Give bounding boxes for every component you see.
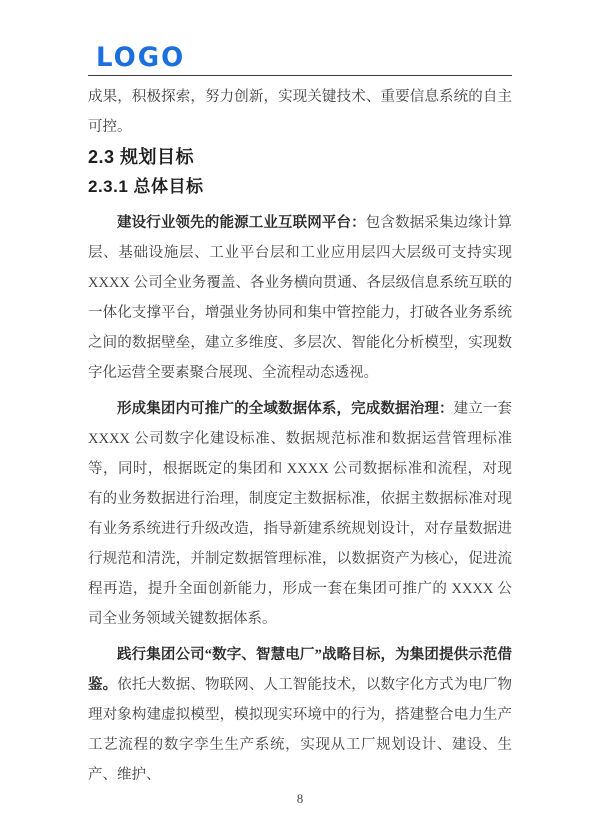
paragraph-text: 建立一套 XXXX 公司数字化建设标准、数据规范标准和数据运营管理标准等，同时，…	[88, 401, 512, 627]
document-page: LOGO 成果，积极探索，努力创新，实现关键技术、重要信息系统的自主可控。 2.…	[0, 0, 600, 829]
paragraph-continuation: 成果，积极探索，努力创新，实现关键技术、重要信息系统的自主可控。	[88, 82, 512, 142]
paragraph-text: 依托大数据、物联网、人工智能技术，以数字化方式为电厂物理对象构建虚拟模型，模拟现…	[88, 677, 512, 783]
page-number: 8	[0, 791, 600, 807]
paragraph-text: 包含数据采集边缘计算层、基础设施层、工业平台层和工业应用层四大层级可支持实现 X…	[88, 215, 512, 381]
heading-2-3-1: 2.3.1 总体目标	[88, 172, 512, 202]
paragraph-smart-plant: 践行集团公司“数字、智慧电厂”战略目标，为集团提供示范借鉴。依托大数据、物联网、…	[88, 640, 512, 790]
document-body: 成果，积极探索，努力创新，实现关键技术、重要信息系统的自主可控。 2.3 规划目…	[88, 82, 512, 790]
paragraph-platform: 建设行业领先的能源工业互联网平台：包含数据采集边缘计算层、基础设施层、工业平台层…	[88, 208, 512, 388]
header-divider	[88, 75, 512, 76]
paragraph-lead: 建设行业领先的能源工业互联网平台：	[117, 215, 366, 231]
paragraph-lead: 形成集团内可推广的全域数据体系，完成数据治理：	[117, 401, 454, 417]
heading-2-3: 2.3 规划目标	[88, 142, 512, 172]
paragraph-data-system: 形成集团内可推广的全域数据体系，完成数据治理：建立一套 XXXX 公司数字化建设…	[88, 394, 512, 634]
company-logo: LOGO	[96, 44, 185, 73]
document-header: LOGO	[88, 44, 512, 76]
